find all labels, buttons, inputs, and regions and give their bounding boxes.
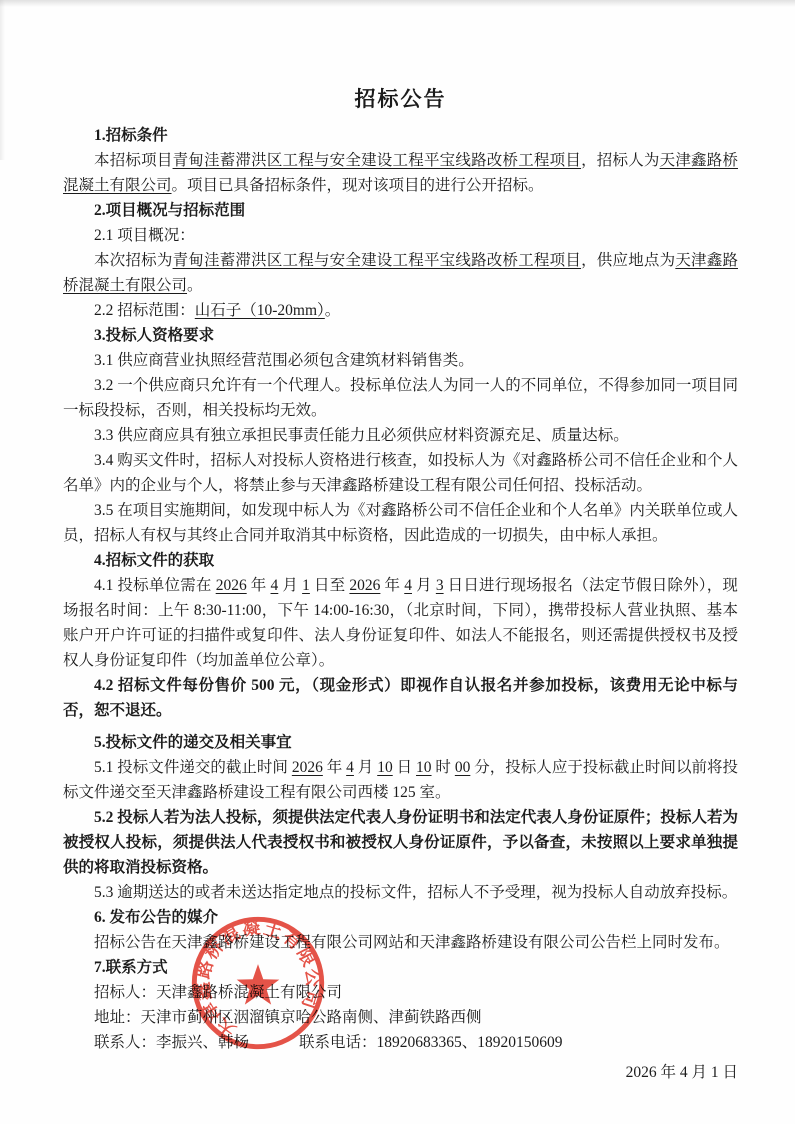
para-3-4: 3.4 购买文件时，招标人对投标人资格进行核查，如投标人为《对鑫路桥公司不信任企… [63, 448, 738, 498]
page-title: 招标公告 [63, 86, 738, 113]
document-date: 2026 年 4 月 1 日 [63, 1060, 738, 1085]
section-6-heading: 6. 发布公告的媒介 [63, 905, 738, 930]
section-7-heading: 7.联系方式 [63, 955, 738, 980]
para-4-1: 4.1 投标单位需在 2026 年 4 月 1 日至 2026 年 4 月 3 … [63, 573, 738, 673]
para-project-overview: 本次招标为青甸洼蓄滞洪区工程与安全建设工程平宝线路改桥工程项目，供应地点为天津鑫… [63, 248, 738, 298]
para-4-2: 4.2 招标文件每份售价 500 元，（现金形式）即视作自认报名并参加投标，该费… [63, 673, 738, 723]
para-3-1: 3.1 供应商营业执照经营范围必须包含建筑材料销售类。 [63, 348, 738, 373]
para-5-3: 5.3 逾期送达的或者未送达指定地点的投标文件，招标人不予受理，视为投标人自动放… [63, 880, 738, 905]
para-5-2: 5.2 投标人若为法人投标，须提供法定代表人身份证明书和法定代表人身份证原件；投… [63, 805, 738, 880]
section-5-heading: 5.投标文件的递交及相关事宜 [63, 730, 738, 755]
para-5-1: 5.1 投标文件递交的截止时间 2026 年 4 月 10 日 10 时 00 … [63, 755, 738, 805]
scan-edge-artifact [0, 0, 5, 160]
contact-address-line: 地址：天津市蓟州区洇溜镇京哈公路南侧、津蓟铁路西侧 [63, 1005, 738, 1030]
para-3-3: 3.3 供应商应具有独立承担民事责任能力且必须供应材料资源充足、质量达标。 [63, 423, 738, 448]
section-1-heading: 1.招标条件 [63, 123, 738, 148]
document-page: 招标公告 1.招标条件 本招标项目青甸洼蓄滞洪区工程与安全建设工程平宝线路改桥工… [0, 0, 795, 1124]
section-4-heading: 4.招标文件的获取 [63, 548, 738, 573]
para-bid-scope: 2.2 招标范围：山石子（10-20mm）。 [63, 298, 738, 323]
para-announcement-media: 招标公告在天津鑫路桥建设工程有限公司网站和天津鑫路桥建设有限公司公告栏上同时发布… [63, 930, 738, 955]
para-3-5: 3.5 在项目实施期间，如发现中标人为《对鑫路桥公司不信任企业和个人名单》内关联… [63, 498, 738, 548]
para-3-2: 3.2 一个供应商只允许有一个代理人。投标单位法人为同一人的不同单位，不得参加同… [63, 373, 738, 423]
contact-person-phone-line: 联系人：李振兴、韩杨联系电话：18920683365、18920150609 [63, 1030, 738, 1055]
para-bid-conditions: 本招标项目青甸洼蓄滞洪区工程与安全建设工程平宝线路改桥工程项目，招标人为天津鑫路… [63, 148, 738, 198]
document-body: 招标公告 1.招标条件 本招标项目青甸洼蓄滞洪区工程与安全建设工程平宝线路改桥工… [63, 86, 738, 1085]
para-2-1-label: 2.1 项目概况： [63, 223, 738, 248]
scan-edge-artifact [0, 0, 795, 7]
contact-tenderer-line: 招标人：天津鑫路桥混凝土有限公司 [63, 980, 738, 1005]
section-3-heading: 3.投标人资格要求 [63, 323, 738, 348]
section-2-heading: 2.项目概况与招标范围 [63, 198, 738, 223]
